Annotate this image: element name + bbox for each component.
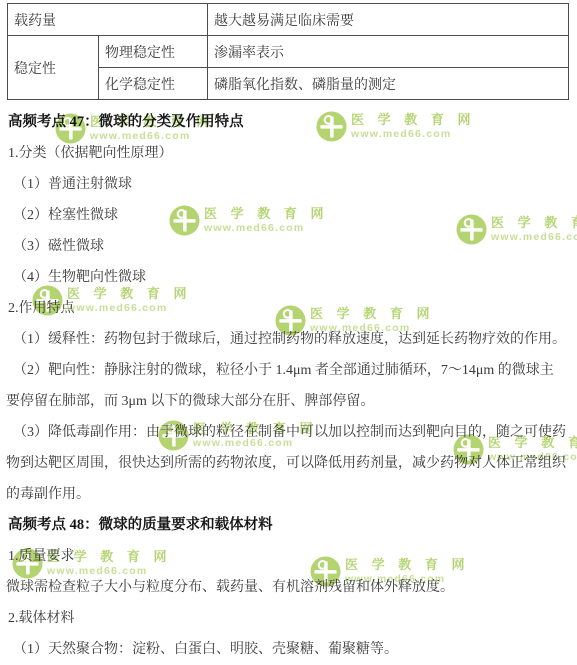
text-line: （1）普通注射微球 — [0, 169, 577, 200]
table-cell: 渗漏率表示 — [208, 36, 569, 68]
table-cell: 化学稳定性 — [99, 68, 208, 100]
text-line: （2）栓塞性微球 — [0, 200, 577, 231]
table-cell: 载药量 — [8, 4, 208, 36]
table-cell: 稳定性 — [8, 36, 99, 100]
text-line: （1）天然聚合物：淀粉、白蛋白、明胶、壳聚糖、葡聚糖等。 — [0, 634, 577, 665]
table-cell: 磷脂氧化指数、磷脂量的测定 — [208, 68, 569, 100]
section-heading: 高频考点 47：微球的分类及作用特点 — [0, 107, 577, 138]
table-row: 载药量 越大越易满足临床需要 — [8, 4, 569, 36]
text-line: 微球需检查粒子大小与粒度分布、载药量、有机溶剂残留和体外释放度。 — [0, 572, 577, 603]
content-lines: 高频考点 47：微球的分类及作用特点1.分类（依据靶向性原理）（1）普通注射微球… — [0, 107, 577, 665]
text-line: （1）缓释性：药物包封于微球后，通过控制药物的释放速度，达到延长药物疗效的作用。 — [0, 324, 577, 355]
section-heading: 高频考点 48：微球的质量要求和载体材料 — [0, 510, 577, 541]
text-line: 要停留在肺部，而 3μm 以下的微球大部分在肝、脾部停留。 — [0, 386, 577, 417]
text-line: （3）降低毒副作用：由于微球的粒径在制备中可以加以控制而达到靶向目的，随之可使药 — [0, 417, 577, 448]
table-cell: 物理稳定性 — [99, 36, 208, 68]
text-line: （4）生物靶向性微球 — [0, 262, 577, 293]
text-line: 2.载体材料 — [0, 603, 577, 634]
text-line: 的毒副作用。 — [0, 479, 577, 510]
text-line: 2.作用特点 — [0, 293, 577, 324]
text-line: （2）靶向性：静脉注射的微球，粒径小于 1.4μm 者全部通过肺循环，7～14μ… — [0, 355, 577, 386]
table-row: 稳定性 物理稳定性 渗漏率表示 — [8, 36, 569, 68]
text-line: 物到达靶区周围，很快达到所需的药物浓度，可以降低用药剂量，减少药物对人体正常组织 — [0, 448, 577, 479]
text-line: （3）磁性微球 — [0, 231, 577, 262]
table-cell: 越大越易满足临床需要 — [208, 4, 569, 36]
text-line: 1.分类（依据靶向性原理） — [0, 138, 577, 169]
properties-table: 载药量 越大越易满足临床需要 稳定性 物理稳定性 渗漏率表示 化学稳定性 磷脂氧… — [7, 3, 569, 100]
text-line: 1.质量要求 — [0, 541, 577, 572]
document-page: 医 学 教 育 网www.med66.com医 学 教 育 网www.med66… — [0, 3, 577, 665]
document-content: 载药量 越大越易满足临床需要 稳定性 物理稳定性 渗漏率表示 化学稳定性 磷脂氧… — [0, 3, 577, 665]
